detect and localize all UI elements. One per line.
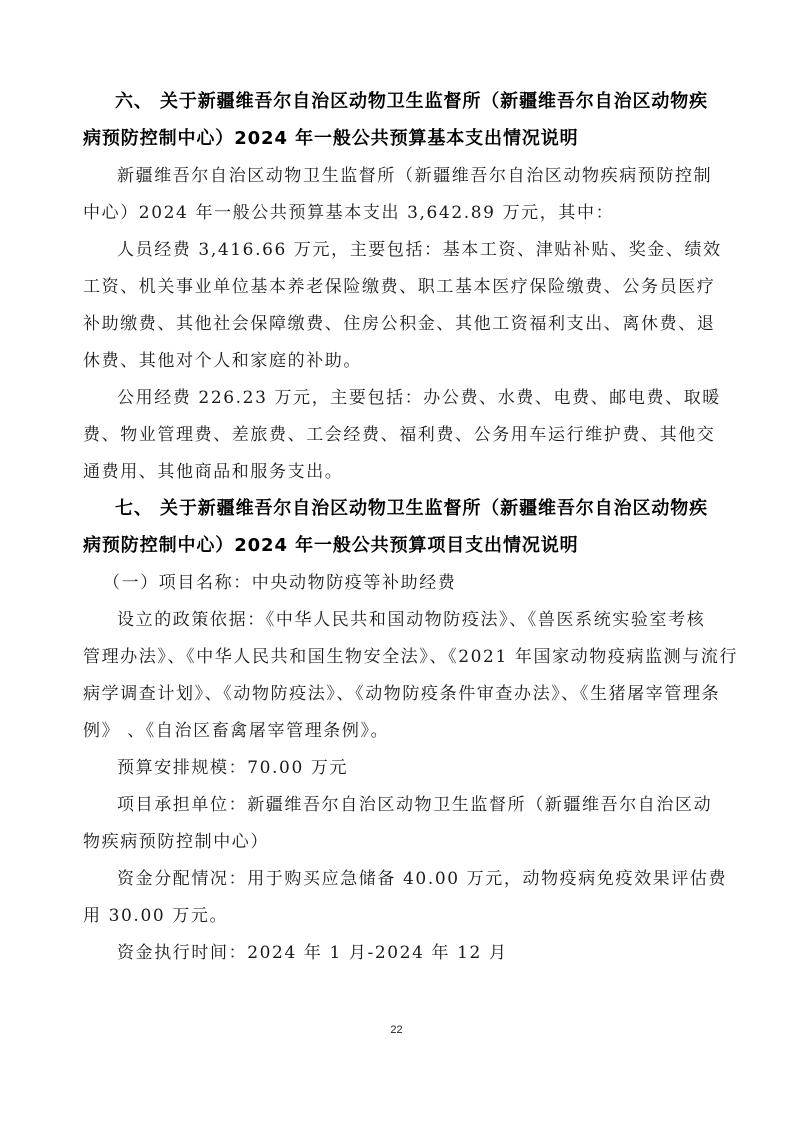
- policy-basis-line1: 设立的政策依据：《中华人民共和国动物防疫法》、《兽医系统实验室考核: [117, 610, 705, 630]
- section6-intro-line2: 中心）2024 年一般公共预算基本支出 3,642.89 万元，其中：: [83, 203, 614, 223]
- public-expense-line3: 通费用、其他商品和服务支出。: [83, 462, 343, 482]
- personnel-expense-line2: 工资、机关事业单位基本养老保险缴费、职工基本医疗保险缴费、公务员医疗: [83, 277, 715, 297]
- page-number: 22: [0, 1024, 793, 1036]
- project-name: （一）项目名称：中央动物防疫等补助经费: [103, 573, 456, 593]
- personnel-expense-line4: 休费、其他对个人和家庭的补助。: [83, 351, 362, 371]
- section6-heading-line1: 六、 关于新疆维吾尔自治区动物卫生监督所（新疆维吾尔自治区动物疾: [115, 92, 708, 112]
- fund-allocation-line1: 资金分配情况：用于购买应急储备 40.00 万元，动物疫病免疫效果评估费: [117, 869, 727, 889]
- section6-heading-line2: 病预防控制中心）2024 年一般公共预算基本支出情况说明: [83, 129, 579, 149]
- undertaking-unit-line1: 项目承担单位：新疆维吾尔自治区动物卫生监督所（新疆维吾尔自治区动: [117, 795, 712, 815]
- section7-heading-line2: 病预防控制中心）2024 年一般公共预算项目支出情况说明: [83, 536, 579, 556]
- section6-intro-line1: 新疆维吾尔自治区动物卫生监督所（新疆维吾尔自治区动物疾病预防控制: [117, 166, 712, 186]
- personnel-expense-line1: 人员经费 3,416.66 万元，主要包括：基本工资、津贴补贴、奖金、绩效: [117, 240, 722, 260]
- policy-basis-line3: 病学调查计划》、《动物防疫法》、《动物防疫条件审查办法》、《生猪屠宰管理条: [83, 684, 720, 704]
- section7-heading-line1: 七、 关于新疆维吾尔自治区动物卫生监督所（新疆维吾尔自治区动物疾: [115, 499, 708, 519]
- undertaking-unit-line2: 物疾病预防控制中心）: [83, 832, 269, 852]
- personnel-expense-line3: 补助缴费、其他社会保障缴费、住房公积金、其他工资福利支出、离休费、退: [83, 314, 715, 334]
- policy-basis-line4: 例》 、《自治区畜禽屠宰管理条例》。: [83, 721, 389, 741]
- public-expense-line2: 费、物业管理费、差旅费、工会经费、福利费、公务用车运行维护费、其他交: [83, 425, 715, 445]
- policy-basis-line2: 管理办法》、《中华人民共和国生物安全法》、《2021 年国家动物疫病监测与流行: [83, 647, 738, 667]
- fund-allocation-line2: 用 30.00 万元。: [83, 906, 228, 926]
- public-expense-line1: 公用经费 226.23 万元，主要包括：办公费、水费、电费、邮电费、取暖: [117, 388, 721, 408]
- execution-time: 资金执行时间：2024 年 1 月-2024 年 12 月: [117, 943, 508, 963]
- budget-scale: 预算安排规模：70.00 万元: [117, 758, 348, 778]
